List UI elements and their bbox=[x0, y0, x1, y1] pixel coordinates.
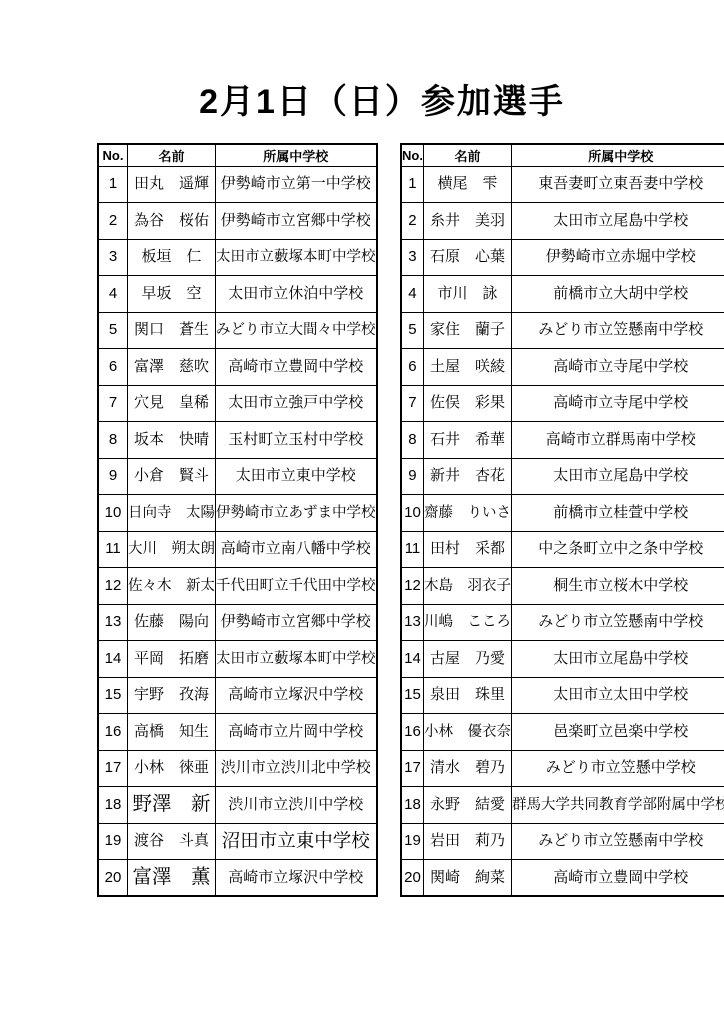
table-row: 15宇野 孜海高崎市立塚沢中学校 bbox=[98, 677, 377, 714]
participant-school: 太田市立尾島中学校 bbox=[511, 458, 724, 495]
participant-name-text: 穴見 皇稀 bbox=[134, 395, 209, 412]
participant-school: 太田市立尾島中学校 bbox=[511, 641, 724, 678]
table-row: 1田丸 遥輝伊勢崎市立第一中学校 bbox=[98, 166, 377, 203]
participant-name-text: 新井 杏花 bbox=[430, 468, 505, 485]
table-row: 11田村 采都中之条町立中之条中学校 bbox=[401, 531, 724, 568]
participant-name: 土屋 咲綾 bbox=[423, 349, 511, 386]
participant-name-text: 木島 羽衣子 bbox=[424, 579, 511, 595]
participant-name: 小林 優衣奈 bbox=[423, 714, 511, 751]
row-number-text: 18 bbox=[404, 797, 421, 814]
table-row: 7穴見 皇稀太田市立強戸中学校 bbox=[98, 385, 377, 422]
participant-school: 高崎市立塚沢中学校 bbox=[216, 860, 377, 897]
participant-school: みどり市立笠懸南中学校 bbox=[511, 312, 724, 349]
participant-name: 永野 結愛 bbox=[423, 787, 511, 824]
participant-school: 高崎市立塚沢中学校 bbox=[216, 677, 377, 714]
row-number-text: 15 bbox=[404, 687, 421, 704]
row-number: 2 bbox=[401, 203, 423, 240]
table-row: 9新井 杏花太田市立尾島中学校 bbox=[401, 458, 724, 495]
participant-school: 邑楽町立邑楽中学校 bbox=[511, 714, 724, 751]
row-number: 7 bbox=[401, 385, 423, 422]
row-number-text: 8 bbox=[109, 432, 117, 449]
participant-school-text: 伊勢崎市立赤堀中学校 bbox=[546, 249, 696, 266]
participant-name-text: 早坂 空 bbox=[141, 286, 201, 303]
row-number: 11 bbox=[401, 531, 423, 568]
participant-name-text: 板垣 仁 bbox=[141, 249, 201, 266]
table-row: 19渡谷 斗真沼田市立東中学校 bbox=[98, 823, 377, 860]
participant-school: 太田市立藪塚本町中学校 bbox=[216, 239, 377, 276]
participant-name: 横尾 雫 bbox=[423, 166, 511, 203]
table-row: 9小倉 賢斗太田市立東中学校 bbox=[98, 458, 377, 495]
row-number: 8 bbox=[401, 422, 423, 459]
row-number: 10 bbox=[98, 495, 128, 532]
participant-name-text: 佐俣 彩果 bbox=[430, 395, 505, 412]
row-number-text: 8 bbox=[408, 432, 416, 449]
row-number: 12 bbox=[98, 568, 128, 605]
participant-name: 石原 心葉 bbox=[423, 239, 511, 276]
participant-name: 富澤 薫 bbox=[128, 860, 216, 897]
row-number: 18 bbox=[401, 787, 423, 824]
participants-table-left: No. 名前 所属中学校 1田丸 遥輝伊勢崎市立第一中学校2為谷 桜佑伊勢崎市立… bbox=[97, 143, 378, 897]
participant-school-text: 太田市立藪塚本町中学校 bbox=[216, 250, 376, 266]
row-number: 5 bbox=[98, 312, 128, 349]
participant-school-text: 渋川市立渋川中学校 bbox=[228, 797, 363, 814]
participant-name-text: 古屋 乃愛 bbox=[430, 651, 505, 668]
table-row: 13佐藤 陽向伊勢崎市立宮郷中学校 bbox=[98, 604, 377, 641]
row-number: 16 bbox=[98, 714, 128, 751]
row-number: 15 bbox=[401, 677, 423, 714]
participant-school-text: 高崎市立南八幡中学校 bbox=[221, 541, 371, 558]
table-row: 2糸井 美羽太田市立尾島中学校 bbox=[401, 203, 724, 240]
row-number-text: 2 bbox=[109, 213, 117, 230]
row-number-text: 6 bbox=[109, 359, 117, 376]
table-row: 11大川 朔太朗高崎市立南八幡中学校 bbox=[98, 531, 377, 568]
table-row: 20関崎 絢菜高崎市立豊岡中学校 bbox=[401, 860, 724, 897]
participant-name: 穴見 皇稀 bbox=[128, 385, 216, 422]
table-row: 16小林 優衣奈邑楽町立邑楽中学校 bbox=[401, 714, 724, 751]
participant-name-text: 小林 徠亜 bbox=[134, 760, 209, 777]
row-number: 9 bbox=[98, 458, 128, 495]
participant-name-text: 富澤 薫 bbox=[132, 867, 210, 888]
participant-name: 岩田 莉乃 bbox=[423, 823, 511, 860]
row-number-text: 9 bbox=[408, 468, 416, 485]
participant-name-text: 関崎 絢菜 bbox=[430, 870, 505, 887]
row-number: 10 bbox=[401, 495, 423, 532]
participant-name-text: 佐々木 新太 bbox=[128, 579, 215, 595]
participant-school-text: みどり市立大間々中学校 bbox=[216, 323, 376, 339]
header-name: 名前 bbox=[423, 144, 511, 166]
participant-school: 伊勢崎市立第一中学校 bbox=[216, 166, 377, 203]
row-number-text: 2 bbox=[408, 213, 416, 230]
participant-name: 木島 羽衣子 bbox=[423, 568, 511, 605]
participant-school: 太田市立東中学校 bbox=[216, 458, 377, 495]
participant-school-text: 伊勢崎市立宮郷中学校 bbox=[221, 213, 371, 230]
participant-school: みどり市立笠懸南中学校 bbox=[511, 604, 724, 641]
participant-school-text: 伊勢崎市立第一中学校 bbox=[221, 176, 371, 193]
table-row: 5関口 蒼生みどり市立大間々中学校 bbox=[98, 312, 377, 349]
row-number-text: 17 bbox=[105, 760, 122, 777]
participant-name-text: 日向寺 太陽 bbox=[128, 506, 215, 522]
participant-name-text: 泉田 珠里 bbox=[430, 687, 505, 704]
table-row: 7佐俣 彩果高崎市立寺尾中学校 bbox=[401, 385, 724, 422]
participant-school-text: みどり市立笠懸南中学校 bbox=[538, 833, 703, 850]
table-row: 10齋藤 りいさ前橋市立桂萱中学校 bbox=[401, 495, 724, 532]
row-number-text: 17 bbox=[404, 760, 421, 777]
table-row: 20富澤 薫高崎市立塚沢中学校 bbox=[98, 860, 377, 897]
participant-name-text: 清水 碧乃 bbox=[430, 760, 505, 777]
participant-name: 新井 杏花 bbox=[423, 458, 511, 495]
participant-school-text: 群馬大学共同教育学部附属中学校 bbox=[512, 798, 724, 814]
row-number: 6 bbox=[98, 349, 128, 386]
participant-name: 宇野 孜海 bbox=[128, 677, 216, 714]
row-number-text: 5 bbox=[408, 322, 416, 339]
participant-school-text: 渋川市立渋川北中学校 bbox=[221, 760, 371, 777]
participant-school: 玉村町立玉村中学校 bbox=[216, 422, 377, 459]
participant-name: 野澤 新 bbox=[128, 787, 216, 824]
row-number: 4 bbox=[401, 276, 423, 313]
row-number: 13 bbox=[401, 604, 423, 641]
participant-name-text: 田村 采都 bbox=[430, 541, 505, 558]
participant-school-text: 玉村町立玉村中学校 bbox=[228, 432, 363, 449]
participant-name: 小倉 賢斗 bbox=[128, 458, 216, 495]
row-number: 17 bbox=[98, 750, 128, 787]
row-number-text: 11 bbox=[105, 541, 121, 558]
participant-school: 高崎市立豊岡中学校 bbox=[216, 349, 377, 386]
participant-school-text: 太田市立尾島中学校 bbox=[553, 651, 688, 668]
participant-school-text: 伊勢崎市立あずま中学校 bbox=[216, 506, 376, 522]
participant-name: 為谷 桜佑 bbox=[128, 203, 216, 240]
row-number-text: 3 bbox=[109, 249, 117, 266]
row-number: 7 bbox=[98, 385, 128, 422]
participant-name: 関崎 絢菜 bbox=[423, 860, 511, 897]
row-number-text: 6 bbox=[408, 359, 416, 376]
participant-name: 高橋 知生 bbox=[128, 714, 216, 751]
table-row: 14平岡 拓磨太田市立藪塚本町中学校 bbox=[98, 641, 377, 678]
participant-school-text: 高崎市立寺尾中学校 bbox=[553, 395, 688, 412]
participant-name-text: 野澤 新 bbox=[132, 794, 210, 815]
row-number-text: 12 bbox=[404, 578, 421, 595]
participant-school: 高崎市立豊岡中学校 bbox=[511, 860, 724, 897]
row-number-text: 4 bbox=[408, 286, 416, 303]
participant-school-text: 邑楽町立邑楽中学校 bbox=[553, 724, 688, 741]
table-row: 16高橋 知生高崎市立片岡中学校 bbox=[98, 714, 377, 751]
row-number-text: 10 bbox=[404, 505, 421, 522]
participant-school: 高崎市立南八幡中学校 bbox=[216, 531, 377, 568]
row-number: 19 bbox=[98, 823, 128, 860]
table-row: 5家住 蘭子みどり市立笠懸南中学校 bbox=[401, 312, 724, 349]
participant-school-text: 前橋市立桂萱中学校 bbox=[553, 505, 688, 522]
participant-name: 渡谷 斗真 bbox=[128, 823, 216, 860]
table-row: 3板垣 仁太田市立藪塚本町中学校 bbox=[98, 239, 377, 276]
participant-name: 平岡 拓磨 bbox=[128, 641, 216, 678]
row-number: 8 bbox=[98, 422, 128, 459]
participant-school: 太田市立尾島中学校 bbox=[511, 203, 724, 240]
participant-school-text: 太田市立尾島中学校 bbox=[553, 468, 688, 485]
header-name: 名前 bbox=[128, 144, 216, 166]
table-row: 8石井 希華高崎市立群馬南中学校 bbox=[401, 422, 724, 459]
participant-name-text: 渡谷 斗真 bbox=[134, 833, 209, 850]
participant-name: 佐々木 新太 bbox=[128, 568, 216, 605]
row-number-text: 7 bbox=[109, 395, 117, 412]
participant-school: 伊勢崎市立宮郷中学校 bbox=[216, 203, 377, 240]
participant-school: 太田市立太田中学校 bbox=[511, 677, 724, 714]
row-number: 18 bbox=[98, 787, 128, 824]
row-number-text: 13 bbox=[404, 614, 421, 631]
row-number: 5 bbox=[401, 312, 423, 349]
table-row: 6土屋 咲綾高崎市立寺尾中学校 bbox=[401, 349, 724, 386]
row-number-text: 19 bbox=[105, 833, 122, 850]
participant-name: 古屋 乃愛 bbox=[423, 641, 511, 678]
table-header-row: No. 名前 所属中学校 bbox=[401, 144, 724, 166]
participant-school-text: 太田市立尾島中学校 bbox=[553, 213, 688, 230]
table-row: 13川嶋 こころみどり市立笠懸南中学校 bbox=[401, 604, 724, 641]
participant-school-text: 東吾妻町立東吾妻中学校 bbox=[538, 176, 703, 193]
participant-name: 佐俣 彩果 bbox=[423, 385, 511, 422]
participant-school: 太田市立強戸中学校 bbox=[216, 385, 377, 422]
row-number-text: 3 bbox=[408, 249, 416, 266]
participant-name-text: 高橋 知生 bbox=[134, 724, 209, 741]
row-number: 3 bbox=[401, 239, 423, 276]
row-number: 4 bbox=[98, 276, 128, 313]
table-row: 19岩田 莉乃みどり市立笠懸南中学校 bbox=[401, 823, 724, 860]
participant-name-text: 石井 希華 bbox=[430, 432, 505, 449]
table-row: 18永野 結愛群馬大学共同教育学部附属中学校 bbox=[401, 787, 724, 824]
participant-school: みどり市立大間々中学校 bbox=[216, 312, 377, 349]
row-number-text: 15 bbox=[105, 687, 122, 704]
participant-name-text: 宇野 孜海 bbox=[134, 687, 209, 704]
participant-name: 佐藤 陽向 bbox=[128, 604, 216, 641]
row-number: 20 bbox=[401, 860, 423, 897]
participant-name-text: 川嶋 こころ bbox=[424, 615, 511, 631]
participant-name: 関口 蒼生 bbox=[128, 312, 216, 349]
row-number: 16 bbox=[401, 714, 423, 751]
row-number-text: 12 bbox=[105, 578, 122, 595]
row-number: 14 bbox=[98, 641, 128, 678]
table-row: 10日向寺 太陽伊勢崎市立あずま中学校 bbox=[98, 495, 377, 532]
participant-name-text: 家住 蘭子 bbox=[430, 322, 505, 339]
participant-school-text: 前橋市立大胡中学校 bbox=[553, 286, 688, 303]
row-number: 1 bbox=[401, 166, 423, 203]
page-title: 2月1日（日）参加選手 bbox=[97, 74, 667, 123]
participant-school-text: 高崎市立塚沢中学校 bbox=[228, 687, 363, 704]
participant-name: 清水 碧乃 bbox=[423, 750, 511, 787]
participant-name-text: 小林 優衣奈 bbox=[424, 725, 511, 741]
participant-name-text: 岩田 莉乃 bbox=[430, 833, 505, 850]
participant-name: 小林 徠亜 bbox=[128, 750, 216, 787]
participant-name-text: 小倉 賢斗 bbox=[134, 468, 209, 485]
table-row: 12木島 羽衣子桐生市立桜木中学校 bbox=[401, 568, 724, 605]
participant-name-text: 為谷 桜佑 bbox=[134, 213, 209, 230]
table-row: 14古屋 乃愛太田市立尾島中学校 bbox=[401, 641, 724, 678]
row-number-text: 7 bbox=[408, 395, 416, 412]
participant-name: 大川 朔太朗 bbox=[128, 531, 216, 568]
row-number: 20 bbox=[98, 860, 128, 897]
row-number: 17 bbox=[401, 750, 423, 787]
row-number: 1 bbox=[98, 166, 128, 203]
participant-school: 前橋市立大胡中学校 bbox=[511, 276, 724, 313]
participant-name-text: 関口 蒼生 bbox=[134, 322, 209, 339]
participant-name: 川嶋 こころ bbox=[423, 604, 511, 641]
participant-name: 家住 蘭子 bbox=[423, 312, 511, 349]
participant-name: 早坂 空 bbox=[128, 276, 216, 313]
participant-school: 高崎市立群馬南中学校 bbox=[511, 422, 724, 459]
participant-school-text: 太田市立太田中学校 bbox=[553, 687, 688, 704]
row-number-text: 20 bbox=[105, 870, 122, 887]
row-number: 6 bbox=[401, 349, 423, 386]
participant-school-text: 桐生市立桜木中学校 bbox=[553, 578, 688, 595]
participant-school-text: 伊勢崎市立宮郷中学校 bbox=[221, 614, 371, 631]
participant-school: みどり市立笠懸中学校 bbox=[511, 750, 724, 787]
participant-school-text: みどり市立笠懸中学校 bbox=[546, 760, 696, 777]
participant-name-text: 石原 心葉 bbox=[430, 249, 505, 266]
row-number-text: 19 bbox=[404, 833, 421, 850]
participant-school: みどり市立笠懸南中学校 bbox=[511, 823, 724, 860]
table-row: 12佐々木 新太千代田町立千代田中学校 bbox=[98, 568, 377, 605]
row-number: 9 bbox=[401, 458, 423, 495]
participant-school-text: 太田市立藪塚本町中学校 bbox=[216, 652, 376, 668]
table-row: 1横尾 雫東吾妻町立東吾妻中学校 bbox=[401, 166, 724, 203]
participant-name: 田丸 遥輝 bbox=[128, 166, 216, 203]
table-row: 6富澤 慈吹高崎市立豊岡中学校 bbox=[98, 349, 377, 386]
participant-name-text: 富澤 慈吹 bbox=[134, 359, 209, 376]
participant-school: 沼田市立東中学校 bbox=[216, 823, 377, 860]
header-school: 所属中学校 bbox=[511, 144, 724, 166]
participant-name: 齋藤 りいさ bbox=[423, 495, 511, 532]
participant-school: 千代田町立千代田中学校 bbox=[216, 568, 377, 605]
participant-school: 中之条町立中之条中学校 bbox=[511, 531, 724, 568]
row-number: 14 bbox=[401, 641, 423, 678]
participant-name-text: 大川 朔太朗 bbox=[128, 542, 215, 558]
row-number-text: 11 bbox=[405, 541, 421, 558]
row-number: 11 bbox=[98, 531, 128, 568]
participants-table-right: No. 名前 所属中学校 1横尾 雫東吾妻町立東吾妻中学校2糸井 美羽太田市立尾… bbox=[400, 143, 724, 897]
participant-name: 板垣 仁 bbox=[128, 239, 216, 276]
row-number-text: 5 bbox=[109, 322, 117, 339]
participant-school-text: 太田市立休泊中学校 bbox=[228, 286, 363, 303]
table-row: 17小林 徠亜渋川市立渋川北中学校 bbox=[98, 750, 377, 787]
participant-school: 渋川市立渋川北中学校 bbox=[216, 750, 377, 787]
table-row: 4市川 詠前橋市立大胡中学校 bbox=[401, 276, 724, 313]
row-number-text: 4 bbox=[109, 286, 117, 303]
participant-name: 田村 采都 bbox=[423, 531, 511, 568]
row-number-text: 1 bbox=[408, 176, 416, 193]
participant-school-text: 太田市立東中学校 bbox=[236, 468, 356, 485]
table-row: 4早坂 空太田市立休泊中学校 bbox=[98, 276, 377, 313]
participant-name-text: 佐藤 陽向 bbox=[134, 614, 209, 631]
participant-school-text: 沼田市立東中学校 bbox=[222, 831, 370, 851]
participant-school-text: 高崎市立塚沢中学校 bbox=[228, 870, 363, 887]
row-number-text: 1 bbox=[109, 176, 117, 193]
row-number-text: 16 bbox=[404, 724, 421, 741]
participant-school-text: 太田市立強戸中学校 bbox=[228, 395, 363, 412]
participant-name-text: 永野 結愛 bbox=[430, 797, 505, 814]
participant-name-text: 坂本 快晴 bbox=[134, 432, 209, 449]
participant-name-text: 田丸 遥輝 bbox=[134, 176, 209, 193]
header-no: No. bbox=[98, 144, 128, 166]
participant-school-text: 高崎市立群馬南中学校 bbox=[546, 432, 696, 449]
row-number: 12 bbox=[401, 568, 423, 605]
participant-school-text: 高崎市立豊岡中学校 bbox=[228, 359, 363, 376]
table-row: 8坂本 快晴玉村町立玉村中学校 bbox=[98, 422, 377, 459]
participant-school: 高崎市立寺尾中学校 bbox=[511, 385, 724, 422]
participant-school-text: 高崎市立寺尾中学校 bbox=[553, 359, 688, 376]
table-header-row: No. 名前 所属中学校 bbox=[98, 144, 377, 166]
participant-name-text: 市川 詠 bbox=[437, 286, 497, 303]
participant-school: 伊勢崎市立赤堀中学校 bbox=[511, 239, 724, 276]
header-school: 所属中学校 bbox=[216, 144, 377, 166]
row-number-text: 10 bbox=[105, 505, 122, 522]
table-row: 2為谷 桜佑伊勢崎市立宮郷中学校 bbox=[98, 203, 377, 240]
participant-school-text: みどり市立笠懸南中学校 bbox=[538, 322, 703, 339]
participant-name-text: 平岡 拓磨 bbox=[134, 651, 209, 668]
participant-school: 太田市立藪塚本町中学校 bbox=[216, 641, 377, 678]
participant-name: 泉田 珠里 bbox=[423, 677, 511, 714]
participant-name: 日向寺 太陽 bbox=[128, 495, 216, 532]
row-number-text: 16 bbox=[105, 724, 122, 741]
row-number-text: 13 bbox=[105, 614, 122, 631]
participant-school-text: みどり市立笠懸南中学校 bbox=[538, 614, 703, 631]
participant-name: 富澤 慈吹 bbox=[128, 349, 216, 386]
row-number: 3 bbox=[98, 239, 128, 276]
participant-name: 坂本 快晴 bbox=[128, 422, 216, 459]
participant-name: 石井 希華 bbox=[423, 422, 511, 459]
participant-school-text: 千代田町立千代田中学校 bbox=[216, 579, 376, 595]
participant-school-text: 高崎市立豊岡中学校 bbox=[553, 870, 688, 887]
participant-name-text: 横尾 雫 bbox=[437, 176, 497, 193]
participant-school: 群馬大学共同教育学部附属中学校 bbox=[511, 787, 724, 824]
participant-name-text: 糸井 美羽 bbox=[430, 213, 505, 230]
participant-school: 太田市立休泊中学校 bbox=[216, 276, 377, 313]
participant-name: 糸井 美羽 bbox=[423, 203, 511, 240]
participant-name-text: 齋藤 りいさ bbox=[424, 506, 511, 522]
row-number-text: 20 bbox=[404, 870, 421, 887]
participant-school: 高崎市立片岡中学校 bbox=[216, 714, 377, 751]
header-no: No. bbox=[401, 144, 423, 166]
row-number: 19 bbox=[401, 823, 423, 860]
participant-school: 前橋市立桂萱中学校 bbox=[511, 495, 724, 532]
participant-name-text: 土屋 咲綾 bbox=[430, 359, 505, 376]
participant-school: 伊勢崎市立あずま中学校 bbox=[216, 495, 377, 532]
participant-school: 伊勢崎市立宮郷中学校 bbox=[216, 604, 377, 641]
participant-school: 東吾妻町立東吾妻中学校 bbox=[511, 166, 724, 203]
participant-school: 渋川市立渋川中学校 bbox=[216, 787, 377, 824]
table-row: 18野澤 新渋川市立渋川中学校 bbox=[98, 787, 377, 824]
table-row: 3石原 心葉伊勢崎市立赤堀中学校 bbox=[401, 239, 724, 276]
row-number-text: 14 bbox=[105, 651, 122, 668]
participant-school-text: 中之条町立中之条中学校 bbox=[538, 541, 703, 558]
row-number-text: 18 bbox=[105, 797, 122, 814]
row-number: 2 bbox=[98, 203, 128, 240]
participant-school: 高崎市立寺尾中学校 bbox=[511, 349, 724, 386]
row-number-text: 9 bbox=[109, 468, 117, 485]
participant-school: 桐生市立桜木中学校 bbox=[511, 568, 724, 605]
row-number: 15 bbox=[98, 677, 128, 714]
participant-name: 市川 詠 bbox=[423, 276, 511, 313]
participant-school-text: 高崎市立片岡中学校 bbox=[228, 724, 363, 741]
table-row: 15泉田 珠里太田市立太田中学校 bbox=[401, 677, 724, 714]
row-number-text: 14 bbox=[404, 651, 421, 668]
table-row: 17清水 碧乃みどり市立笠懸中学校 bbox=[401, 750, 724, 787]
row-number: 13 bbox=[98, 604, 128, 641]
